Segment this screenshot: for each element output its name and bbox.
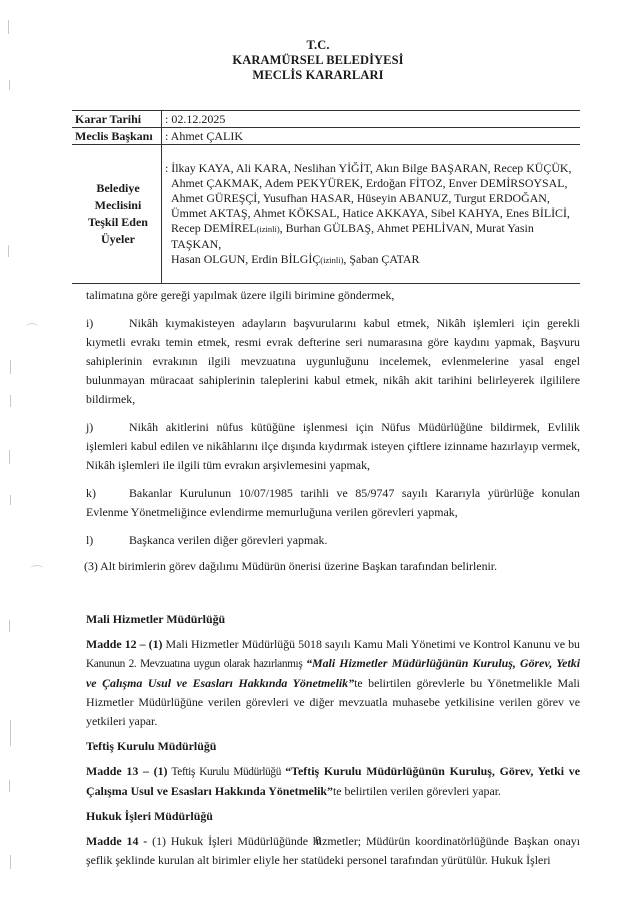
item-label: j) — [86, 418, 129, 437]
members-line: : İlkay KAYA, Ali KARA, Neslihan YİĞİT, … — [165, 161, 580, 176]
scan-artifact — [8, 245, 9, 257]
item-text: Nikâh akitlerini nüfus kütüğüne işlenmes… — [86, 420, 580, 472]
council-chair-label: Meclis Başkanı — [72, 128, 162, 145]
section-heading-legal-affairs: Hukuk İşleri Müdürlüğü — [86, 807, 580, 826]
article-text: Mali Hizmetler Müdürlüğü 5018 sayılı Kam… — [163, 637, 581, 651]
members-label-line: Belediye — [75, 180, 161, 197]
table-row-council-members: Belediye Meclisini Teşkil Eden Üyeler : … — [72, 145, 580, 284]
members-line: Ahmet GÜREŞÇİ, Yusufhan HASAR, Hüseyin A… — [165, 191, 580, 206]
leave-note: (izinli) — [320, 255, 343, 265]
item-label: i) — [86, 314, 129, 333]
item-l: l)Başkanca verilen diğer görevleri yapma… — [86, 531, 580, 550]
item-k: k)Bakanlar Kurulunun 10/07/1985 tarihli … — [86, 484, 580, 522]
scan-artifact — [10, 495, 11, 505]
document-header: T.C. KARAMÜRSEL BELEDİYESİ MECLİS KARARL… — [0, 38, 636, 83]
section-heading-inspection-board: Teftiş Kurulu Müdürlüğü — [86, 737, 580, 756]
member-name: Hasan OLGUN, Erdin BİLGİÇ — [171, 252, 320, 266]
article-text: te belirtilen verilen görevleri yapar. — [333, 784, 501, 798]
header-council-decisions: MECLİS KARARLARI — [0, 68, 636, 83]
table-row-decision-date: Karar Tarihi : 02.12.2025 — [72, 111, 580, 128]
decision-date-value: : 02.12.2025 — [162, 111, 581, 128]
page-number: 8 — [0, 833, 636, 848]
header-tc: T.C. — [0, 38, 636, 53]
members-label-line: Teşkil Eden — [75, 214, 161, 231]
council-members-label: Belediye Meclisini Teşkil Eden Üyeler — [72, 145, 162, 284]
item-label: l) — [86, 531, 129, 550]
document-page: T.C. KARAMÜRSEL BELEDİYESİ MECLİS KARARL… — [0, 0, 636, 900]
item-text: Başkanca verilen diğer görevleri yapmak. — [129, 533, 327, 547]
article-13: Madde 13 – (1) Teftiş Kurulu Müdürlüğü “… — [86, 762, 580, 801]
council-members-list: : İlkay KAYA, Ali KARA, Neslihan YİĞİT, … — [162, 145, 581, 284]
scan-artifact — [10, 855, 11, 869]
scan-artifact — [9, 780, 10, 792]
decision-info-table: Karar Tarihi : 02.12.2025 Meclis Başkanı… — [72, 110, 580, 284]
item-text: Nikâh kıymakisteyen adayların başvurular… — [86, 316, 580, 406]
article-text: Teftiş Kurulu Müdürlüğü — [168, 766, 286, 778]
scan-artifact — [9, 450, 10, 464]
members-line: Recep DEMİREL(izinli), Burhan GÜLBAŞ, Ah… — [165, 221, 580, 252]
scan-artifact — [10, 360, 11, 374]
scan-artifact — [30, 565, 44, 574]
article-12: Madde 12 – (1) Mali Hizmetler Müdürlüğü … — [86, 635, 580, 731]
scan-artifact — [25, 323, 39, 332]
members-line: Ümmet AKTAŞ, Ahmet KÖKSAL, Hatice AKKAYA… — [165, 206, 580, 221]
members-line: Hasan OLGUN, Erdin BİLGİÇ(izinli), Şaban… — [165, 252, 580, 268]
item-text: Bakanlar Kurulunun 10/07/1985 tarihli ve… — [86, 486, 580, 519]
table-row-council-chair: Meclis Başkanı : Ahmet ÇALIK — [72, 128, 580, 145]
members-label-line: Meclisini — [75, 197, 161, 214]
member-names: , Şaban ÇATAR — [343, 252, 419, 266]
document-body: talimatına göre gereği yapılmak üzere il… — [86, 286, 580, 870]
members-label-line: Üyeler — [75, 231, 161, 248]
article-number: Madde 12 – (1) — [86, 637, 163, 651]
section-heading-financial-services: Mali Hizmetler Müdürlüğü — [86, 610, 580, 629]
intro-paragraph: talimatına göre gereği yapılmak üzere il… — [86, 286, 580, 305]
clause-3: (3) Alt birimlerin görev dağılımı Müdürü… — [84, 557, 580, 576]
members-line: Ahmet ÇAKMAK, Adem PEKYÜREK, Erdoğan FİT… — [165, 176, 580, 191]
article-number: Madde 13 – (1) — [86, 764, 168, 778]
header-municipality: KARAMÜRSEL BELEDİYESİ — [0, 53, 636, 68]
scan-artifact — [10, 395, 11, 407]
item-i: i)Nikâh kıymakisteyen adayların başvurul… — [86, 314, 580, 409]
member-name: Recep DEMİREL — [171, 221, 257, 235]
decision-date-label: Karar Tarihi — [72, 111, 162, 128]
item-label: k) — [86, 484, 129, 503]
scan-artifact — [10, 720, 11, 746]
council-chair-value: : Ahmet ÇALIK — [162, 128, 581, 145]
scan-artifact — [8, 20, 9, 34]
article-text: Kanunun 2. Mevzuatına uygun olarak hazır… — [86, 658, 306, 670]
item-j: j)Nikâh akitlerini nüfus kütüğüne işlenm… — [86, 418, 580, 475]
leave-note: (izinli) — [257, 224, 280, 234]
scan-artifact — [9, 620, 10, 632]
